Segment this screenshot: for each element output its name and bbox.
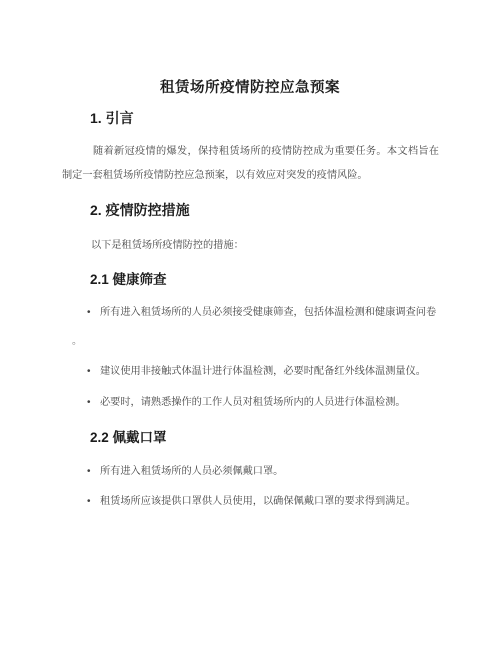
bullet-icon: • [87,397,100,409]
bullet-icon: • [87,307,100,319]
section-1-paragraph: 随着新冠疫情的爆发，保持租赁场所的疫情防控成为重要任务。本文档旨在制定一套租赁场… [62,140,439,187]
bullet-icon: • [87,366,100,378]
list-item-health-screening-1: • 所有进入租赁场所的人员必须接受健康筛查，包括体温检测和健康调查问卷 [87,307,440,319]
subsection-2-2-heading: 2.2 佩戴口罩 [90,430,167,445]
subsection-2-1-heading: 2.1 健康筛查 [90,272,167,287]
list-item-health-screening-3: • 必要时，请熟悉操作的工作人员对租赁场所内的人员进行体温检测。 [87,397,440,409]
section-2-heading: 2. 疫情防控措施 [90,203,190,218]
list-item-text: 必要时，请熟悉操作的工作人员对租赁场所内的人员进行体温检测。 [100,397,406,409]
list-item-text: 所有进入租赁场所的人员必须佩戴口罩。 [100,466,283,478]
list-item-mask-1: • 所有进入租赁场所的人员必须佩戴口罩。 [87,466,440,478]
measures-intro-text: 以下是租赁场所疫情防控的措施： [91,240,244,252]
section-1-heading: 1. 引言 [90,111,134,126]
document-title: 租赁场所疫情防控应急预案 [0,80,500,96]
document-page: 租赁场所疫情防控应急预案 1. 引言 随着新冠疫情的爆发，保持租赁场所的疫情防控… [0,0,500,647]
list-item-text: 所有进入租赁场所的人员必须接受健康筛查，包括体温检测和健康调查问卷 [100,307,436,319]
bullet-icon: • [87,496,100,508]
list-item-mask-2: • 租赁场所应该提供口罩供人员使用，以确保佩戴口罩的要求得到满足。 [87,496,440,508]
list-item-text: 租赁场所应该提供口罩供人员使用，以确保佩戴口罩的要求得到满足。 [100,496,416,508]
wrapped-punctuation: 。 [72,336,82,347]
bullet-icon: • [87,466,100,478]
list-item-text: 建议使用非接触式体温计进行体温检测，必要时配备红外线体温测量仪。 [100,366,426,378]
list-item-health-screening-2: • 建议使用非接触式体温计进行体温检测，必要时配备红外线体温测量仪。 [87,366,440,378]
